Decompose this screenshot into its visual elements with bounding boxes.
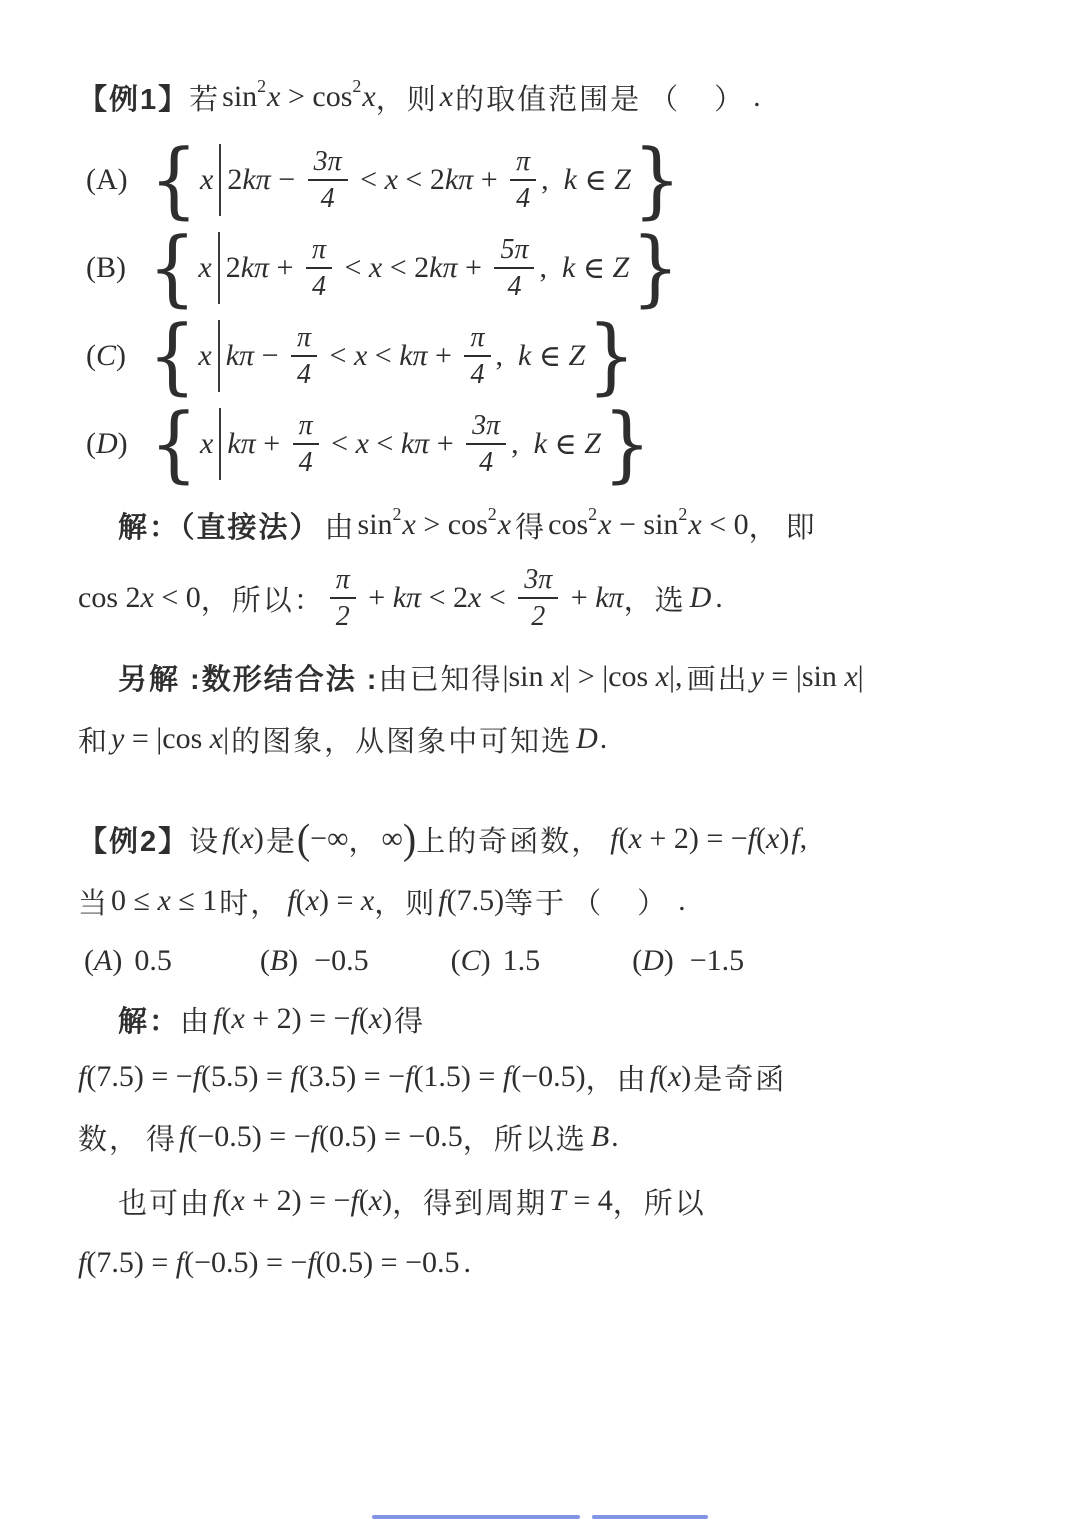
text-run: kπ	[241, 251, 269, 285]
text-run: k	[562, 251, 575, 285]
text-run: |sin	[502, 660, 551, 694]
text-run: 得	[515, 505, 546, 546]
text-run: kπ	[399, 339, 427, 373]
text-run: 时，	[219, 881, 281, 922]
fraction: π2	[330, 564, 356, 633]
text-run: 2	[227, 163, 242, 197]
text-run: <	[322, 339, 354, 373]
text-run: ，	[348, 819, 379, 860]
text-run: (0.5) = −0.5	[316, 1246, 460, 1280]
text-run: −1.5	[690, 944, 744, 978]
text-run: ）	[714, 77, 745, 118]
text-run: f	[176, 1246, 184, 1280]
text-run: 是奇函	[693, 1057, 786, 1098]
text-run: (	[84, 944, 94, 978]
text-run: ≤ 1	[171, 884, 217, 918]
text-run: x	[198, 251, 211, 285]
example2-solution-line-2: f(7.5) = −f(5.5) = f(3.5) = −f(1.5) = f(…	[78, 1050, 1030, 1104]
text-run: (	[359, 1002, 369, 1036]
text-run: ∞	[382, 822, 403, 856]
text-run: x	[656, 660, 669, 694]
text-run: x	[688, 508, 701, 542]
heading-text-run: 【例1】	[78, 77, 189, 118]
text-run: cos	[448, 508, 488, 542]
text-run: (	[221, 1184, 231, 1218]
text-run: (−0.5) = −	[187, 1120, 310, 1154]
text-run: f	[791, 822, 799, 856]
fraction-denominator: 2	[531, 599, 545, 632]
text-run: 由	[180, 999, 211, 1040]
text-run: kπ	[393, 581, 421, 615]
text-run: x	[403, 508, 416, 542]
text-run: y	[751, 660, 764, 694]
right-brace: }	[631, 230, 679, 305]
text-run: f	[78, 1246, 86, 1280]
text-run: 2	[588, 504, 597, 525]
example2-alt-solution-line-2: f(7.5) = f(−0.5) = −f(0.5) = −0.5.	[78, 1236, 1030, 1290]
text-run: sin	[358, 508, 393, 542]
text-run: 得	[146, 1117, 177, 1158]
text-run: 上的奇函数，	[416, 819, 602, 860]
fraction-denominator: 4	[516, 181, 530, 214]
document-body: 【例1】若sin2x > cos2x，则x的取值范围是（）.(A){x2kπ −…	[0, 0, 1080, 1290]
text-run: .	[753, 80, 761, 114]
text-run: x	[356, 427, 369, 461]
fraction: 3π4	[466, 410, 506, 479]
text-run: 的取值范围是	[455, 77, 641, 118]
text-run: B	[270, 944, 288, 978]
text-run: f	[503, 1060, 511, 1094]
text-run: f	[307, 1246, 315, 1280]
text-run: x	[369, 1184, 382, 1218]
text-run: )	[382, 1184, 392, 1218]
text-run: (5.5) =	[201, 1060, 290, 1094]
text-run: A	[94, 944, 112, 978]
text-run: D	[690, 581, 712, 615]
fraction: 5π4	[494, 234, 534, 303]
text-run: f	[650, 1060, 658, 1094]
text-run: Z	[569, 339, 586, 373]
example1-alt-solution-line-1: 另解 :数形结合法 :由已知得|sin x| > |cos x|,画出y = |…	[118, 650, 1030, 704]
fraction: π4	[293, 410, 319, 479]
text-run: 当	[78, 881, 109, 922]
fraction-numerator: 5π	[494, 234, 534, 269]
text-run: （	[572, 881, 603, 922]
text-run: )	[382, 1002, 392, 1036]
text-run: (	[86, 339, 96, 373]
text-run: f	[350, 1002, 358, 1036]
text-run: <	[367, 339, 399, 373]
text-run: 2	[393, 504, 402, 525]
text-run: y	[111, 722, 124, 756]
text-run: )	[664, 944, 674, 978]
text-run: >	[416, 508, 448, 542]
text-run: >	[281, 80, 313, 114]
text-run: < 2	[382, 251, 429, 285]
text-run: ，选	[624, 578, 686, 619]
text-run: Z	[584, 427, 601, 461]
text-run: x	[198, 339, 211, 373]
text-run: )	[116, 339, 126, 373]
text-run: sin	[222, 80, 257, 114]
text-run: =	[124, 722, 156, 756]
text-run: 画出	[687, 657, 749, 698]
text-run: + 2) = −	[245, 1184, 351, 1218]
fraction-numerator: π	[330, 564, 356, 599]
text-run: T	[549, 1184, 566, 1218]
text-run: 由	[325, 505, 356, 546]
text-run: =	[764, 660, 796, 694]
text-run: )	[118, 427, 128, 461]
text-run: )	[779, 822, 789, 856]
text-run: x	[362, 80, 375, 114]
text-run: ，则	[376, 77, 438, 118]
text-run: |cos	[156, 722, 210, 756]
text-run: +	[428, 339, 460, 373]
text-run: ,	[541, 163, 564, 197]
example2-title-line-1: 【例2】设f(x)是(−∞，∞)上的奇函数，f(x + 2) = −f(x)f,	[78, 812, 1030, 866]
text-run: B	[591, 1120, 609, 1154]
text-run: |,	[669, 660, 683, 694]
heading-text-run: 解：	[118, 999, 180, 1040]
text-run: x	[231, 1002, 244, 1036]
fraction-denominator: 4	[470, 357, 484, 390]
fraction-denominator: 4	[312, 269, 326, 302]
text-run: −0.5	[314, 944, 368, 978]
text-run: = 4	[566, 1184, 613, 1218]
heading-text-run: 另解 :数形结合法 :	[118, 657, 378, 698]
text-run: f	[78, 1060, 86, 1094]
fraction-numerator: 3π	[466, 410, 506, 445]
text-run: x	[369, 1002, 382, 1036]
fraction-denominator: 4	[297, 357, 311, 390]
text-run: ，	[749, 505, 780, 546]
text-run: <	[337, 251, 369, 285]
text-run: + 2) = −	[245, 1002, 351, 1036]
text-run: x	[354, 339, 367, 373]
text-run: (	[756, 822, 766, 856]
text-run: .	[600, 722, 608, 756]
fraction: π4	[510, 146, 536, 215]
set-divider-bar	[218, 320, 220, 392]
text-run: x	[231, 1184, 244, 1218]
text-run: )	[112, 944, 122, 978]
heading-text-run: 【例2】	[78, 819, 189, 860]
text-run: ）	[637, 881, 668, 922]
text-run: )	[254, 822, 264, 856]
text-run: k	[534, 427, 547, 461]
text-run: x	[766, 822, 779, 856]
fraction-numerator: π	[464, 322, 490, 357]
text-run: f	[193, 1060, 201, 1094]
fraction-denominator: 4	[299, 445, 313, 478]
text-run: Z	[614, 163, 631, 197]
text-run: x	[241, 822, 254, 856]
text-run: ，得到周期	[392, 1181, 547, 1222]
text-run: +	[429, 427, 461, 461]
text-run: x	[210, 722, 223, 756]
text-run: <	[369, 427, 401, 461]
example1-option-a: (A){x2kπ − 3π4 < x < 2kπ + π4, k ∈ Z}	[86, 138, 1030, 222]
text-run: C	[461, 944, 481, 978]
text-run: cos	[548, 508, 588, 542]
text-run: < 2	[398, 163, 445, 197]
text-run: 也可由	[118, 1181, 211, 1222]
text-run: x	[668, 1060, 681, 1094]
text-run: +	[256, 427, 288, 461]
text-run: 2	[257, 76, 266, 97]
text-run: )	[288, 944, 298, 978]
text-run: + 2) = −	[642, 822, 748, 856]
set-divider-bar	[219, 408, 221, 480]
text-run: (1.5) =	[413, 1060, 502, 1094]
text-run: f	[179, 1120, 187, 1154]
text-run: 2	[678, 504, 687, 525]
fraction: π4	[306, 234, 332, 303]
text-run: (	[86, 427, 96, 461]
text-run: 得	[394, 999, 425, 1040]
fraction-numerator: 3π	[518, 564, 558, 599]
text-run: (−0.5) = −	[184, 1246, 307, 1280]
text-run: f	[290, 1060, 298, 1094]
text-run: <	[324, 427, 356, 461]
heading-text-run: 解：（直接法）	[118, 505, 321, 546]
right-brace: }	[603, 406, 651, 481]
text-run: D	[576, 722, 598, 756]
text-run: (	[619, 822, 629, 856]
text-run: ，则	[374, 881, 436, 922]
fraction-numerator: π	[510, 146, 536, 181]
text-run: (	[359, 1184, 369, 1218]
text-run: (0.5) = −0.5	[319, 1120, 463, 1154]
text-run: ，所以选	[463, 1117, 587, 1158]
left-brace: {	[150, 406, 198, 481]
text-run: .	[678, 884, 686, 918]
fraction: π4	[291, 322, 317, 391]
text-run: kπ	[445, 163, 473, 197]
text-run: ,	[800, 822, 808, 856]
text-run: 2	[226, 251, 241, 285]
text-run: )	[681, 1060, 691, 1094]
text-run: x	[200, 427, 213, 461]
text-run: +	[269, 251, 301, 285]
text-run: |	[858, 660, 864, 694]
example1-title: 【例1】若sin2x > cos2x，则x的取值范围是（）.	[78, 70, 1030, 124]
text-run: < 0	[702, 508, 749, 542]
fraction-denominator: 2	[336, 599, 350, 632]
text-run: x	[200, 163, 213, 197]
fraction: π4	[464, 322, 490, 391]
text-run: .	[611, 1120, 619, 1154]
text-run: C	[96, 339, 116, 373]
text-run: 由已知得	[378, 657, 502, 698]
text-run: ,	[539, 251, 562, 285]
fraction-numerator: π	[291, 322, 317, 357]
text-run: （	[649, 77, 680, 118]
blue-dash	[372, 1515, 580, 1519]
text-run: −	[254, 339, 286, 373]
text-run: < 2	[421, 581, 468, 615]
text-run: 0 ≤	[111, 884, 157, 918]
left-brace: {	[150, 142, 198, 217]
text-run: k	[518, 339, 531, 373]
fraction-denominator: 4	[479, 445, 493, 478]
text-run: ,	[511, 427, 534, 461]
fraction-denominator: 4	[321, 181, 335, 214]
fraction-numerator: π	[293, 410, 319, 445]
text-run: +	[361, 581, 393, 615]
text-run: (3.5) = −	[299, 1060, 405, 1094]
left-brace: {	[148, 318, 196, 393]
example1-alt-solution-line-2: 和y = |cos x|的图象，从图象中可知选D.	[78, 712, 1030, 766]
fraction-numerator: π	[306, 234, 332, 269]
example1-option-b: (B){x2kπ + π4 < x < 2kπ + 5π4, k ∈ Z}	[86, 226, 1030, 310]
text-run: |	[223, 722, 229, 756]
example1-option-d: (D){xkπ + π4 < x < kπ + 3π4, k ∈ Z}	[86, 402, 1030, 486]
example-2-block: 【例2】设f(x)是(−∞，∞)上的奇函数，f(x + 2) = −f(x)f,…	[78, 812, 1030, 1290]
text-run: kπ	[401, 427, 429, 461]
text-run: f	[311, 1120, 319, 1154]
fraction: 3π4	[308, 146, 348, 215]
text-run: (	[658, 1060, 668, 1094]
fraction-denominator: 4	[507, 269, 521, 302]
text-run: x	[361, 884, 374, 918]
text-run: x	[385, 163, 398, 197]
set-divider-bar	[218, 232, 220, 304]
text-run: ∈	[575, 251, 612, 286]
text-run: (	[221, 1002, 231, 1036]
text-run: ，由	[586, 1057, 648, 1098]
text-run: Z	[613, 251, 630, 285]
text-run: )	[481, 944, 491, 978]
text-run: kπ	[242, 163, 270, 197]
text-run: x	[598, 508, 611, 542]
text-run: x	[498, 508, 511, 542]
text-run: (	[297, 818, 310, 860]
text-run: f	[610, 822, 618, 856]
text-run: (	[632, 944, 642, 978]
text-run: 1.5	[503, 944, 541, 978]
example1-solution-line-2: cos 2x < 0，所以：π2 + kπ < 2x < 3π2 + kπ，选D…	[78, 556, 1030, 640]
text-run: (	[296, 884, 306, 918]
set-divider-bar	[219, 144, 221, 216]
text-run: D	[96, 427, 118, 461]
example2-title-line-2: 当0 ≤ x ≤ 1时，f(x) = x，则f(7.5)等于（）.	[78, 874, 1030, 928]
text-run: +	[563, 581, 595, 615]
text-run: kπ	[227, 427, 255, 461]
text-run: ,	[496, 339, 519, 373]
text-run: x	[157, 884, 170, 918]
text-run: .	[715, 581, 723, 615]
text-run: 等于	[504, 881, 566, 922]
text-run: 0.5	[134, 944, 172, 978]
example2-options-row: (A)0.5(B)−0.5(C)1.5(D)−1.5	[84, 934, 1030, 988]
text-run: x	[551, 660, 564, 694]
text-run: x	[267, 80, 280, 114]
text-run: f	[222, 822, 230, 856]
text-run: 2	[488, 504, 497, 525]
text-run: −	[611, 508, 643, 542]
fraction-numerator: 3π	[308, 146, 348, 181]
text-run: 若	[189, 77, 220, 118]
text-run: (7.5) =	[86, 1246, 175, 1280]
text-run: 设	[189, 819, 220, 860]
text-run: 2	[352, 76, 361, 97]
fraction: 3π2	[518, 564, 558, 633]
text-run: 的图象，从图象中可知选	[231, 719, 572, 760]
text-run: f	[748, 822, 756, 856]
example2-solution-line-3: 数，得f(−0.5) = −f(0.5) = −0.5，所以选B.	[78, 1110, 1030, 1164]
blue-dash	[592, 1515, 708, 1519]
text-run: f	[350, 1184, 358, 1218]
text-run: (7.5)	[447, 884, 504, 918]
text-run: +	[473, 163, 505, 197]
text-run: ，所以	[613, 1181, 706, 1222]
text-run: (B)	[86, 251, 126, 285]
text-run: cos 2	[78, 581, 141, 615]
text-run: x	[440, 80, 453, 114]
text-run: (A)	[86, 163, 128, 197]
page: { "page": { "background": "#ffffff", "te…	[0, 0, 1080, 1527]
text-run: (	[260, 944, 270, 978]
text-run: f	[213, 1184, 221, 1218]
text-run: ∈	[577, 163, 614, 198]
text-run: ∈	[531, 339, 568, 374]
text-run: ) =	[319, 884, 361, 918]
text-run: f	[438, 884, 446, 918]
text-run: x	[629, 822, 642, 856]
text-run: f	[213, 1002, 221, 1036]
text-run: | > |cos	[564, 660, 655, 694]
text-run: x	[844, 660, 857, 694]
text-run: x	[141, 581, 154, 615]
text-run: <	[353, 163, 385, 197]
text-run: cos	[312, 80, 352, 114]
text-run: .	[464, 1246, 472, 1280]
text-run: k	[564, 163, 577, 197]
text-run: )	[403, 818, 416, 860]
text-run: ∈	[547, 427, 584, 462]
left-brace: {	[148, 230, 196, 305]
right-brace: }	[587, 318, 635, 393]
text-run: f	[287, 884, 295, 918]
text-run: kπ	[429, 251, 457, 285]
example1-solution-line-1: 解：（直接法）由sin2x > cos2x得cos2x − sin2x < 0，…	[118, 498, 1030, 552]
text-run: 数，	[78, 1117, 140, 1158]
example2-solution-line-1: 解：由f(x + 2) = −f(x)得	[118, 992, 1030, 1046]
text-run: < 0	[154, 581, 201, 615]
example1-option-c: (C){xkπ − π4 < x < kπ + π4, k ∈ Z}	[86, 314, 1030, 398]
text-run: kπ	[226, 339, 254, 373]
text-run: 和	[78, 719, 109, 760]
text-run: x	[369, 251, 382, 285]
text-run: (7.5) = −	[86, 1060, 192, 1094]
example-1-block: 【例1】若sin2x > cos2x，则x的取值范围是（）.(A){x2kπ −…	[78, 70, 1030, 766]
right-brace: }	[633, 142, 681, 217]
text-run: sin	[643, 508, 678, 542]
text-run: kπ	[595, 581, 623, 615]
text-run: f	[405, 1060, 413, 1094]
text-run: +	[458, 251, 490, 285]
text-run: (	[451, 944, 461, 978]
text-run: 即	[786, 505, 817, 546]
text-run: 是	[266, 819, 297, 860]
text-run: D	[642, 944, 664, 978]
text-run: x	[306, 884, 319, 918]
example2-alt-solution-line-1: 也可由f(x + 2) = −f(x)，得到周期T = 4，所以	[118, 1174, 1030, 1228]
text-run: x	[468, 581, 481, 615]
text-run: −∞	[310, 822, 348, 856]
